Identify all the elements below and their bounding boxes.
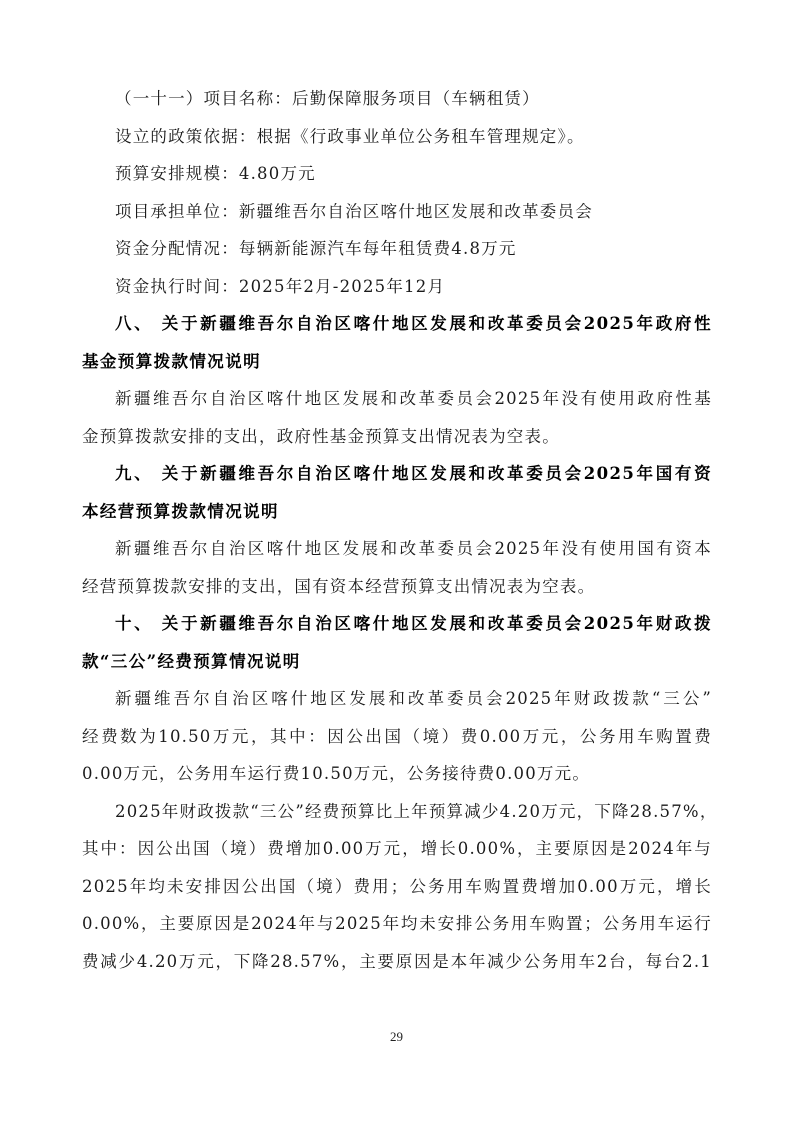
budget-scale: 预算安排规模：4.80万元	[115, 164, 712, 184]
execution-time: 资金执行时间：2025年2月-2025年12月	[115, 277, 712, 297]
section10-para1-cont: 经费数为10.50万元，其中：因公出国（境）费0.00万元，公务用车购置费	[82, 727, 712, 747]
section8-body-cont: 金预算拨款安排的支出，政府性基金预算支出情况表为空表。	[82, 427, 712, 447]
page-number: 29	[0, 1029, 793, 1045]
section10-para2-line2: 其中：因公出国（境）费增加0.00万元，增长0.00%，主要原因是2024年与	[82, 839, 712, 859]
project-title: （一十一）项目名称：后勤保障服务项目（车辆租赁）	[115, 89, 712, 109]
fund-allocation: 资金分配情况：每辆新能源汽车每年租赁费4.8万元	[115, 239, 712, 259]
section9-heading-cont: 本经营预算拨款情况说明	[82, 502, 712, 522]
section9-body: 新疆维吾尔自治区喀什地区发展和改革委员会2025年没有使用国有资本	[115, 539, 712, 559]
section9-body-cont: 经营预算拨款安排的支出，国有资本经营预算支出情况表为空表。	[82, 577, 712, 597]
section10-para2-line4: 0.00%，主要原因是2024年与2025年均未安排公务用车购置；公务用车运行	[82, 914, 712, 934]
policy-basis: 设立的政策依据：根据《行政事业单位公务租车管理规定》。	[115, 127, 712, 147]
section10-para1-end: 0.00万元，公务用车运行费10.50万元，公务接待费0.00万元。	[82, 764, 712, 784]
section10-para2-line5: 费减少4.20万元，下降28.57%，主要原因是本年减少公务用车2台，每台2.1	[82, 952, 712, 972]
undertaking-unit: 项目承担单位：新疆维吾尔自治区喀什地区发展和改革委员会	[115, 202, 712, 222]
section8-body: 新疆维吾尔自治区喀什地区发展和改革委员会2025年没有使用政府性基	[115, 389, 712, 409]
section8-heading-cont: 基金预算拨款情况说明	[82, 352, 712, 372]
section10-para1: 新疆维吾尔自治区喀什地区发展和改革委员会2025年财政拨款“三公”	[115, 689, 712, 709]
section8-heading: 八、 关于新疆维吾尔自治区喀什地区发展和改革委员会2025年政府性	[115, 314, 712, 334]
section9-heading: 九、 关于新疆维吾尔自治区喀什地区发展和改革委员会2025年国有资	[115, 464, 712, 484]
section10-para2-line3: 2025年均未安排因公出国（境）费用；公务用车购置费增加0.00万元，增长	[82, 877, 712, 897]
section10-para2: 2025年财政拨款“三公”经费预算比上年预算减少4.20万元，下降28.57%，	[115, 802, 712, 822]
document-page: （一十一）项目名称：后勤保障服务项目（车辆租赁） 设立的政策依据：根据《行政事业…	[0, 0, 793, 1122]
section10-heading: 十、 关于新疆维吾尔自治区喀什地区发展和改革委员会2025年财政拨	[115, 614, 712, 634]
section10-heading-cont: 款“三公”经费预算情况说明	[82, 652, 712, 672]
